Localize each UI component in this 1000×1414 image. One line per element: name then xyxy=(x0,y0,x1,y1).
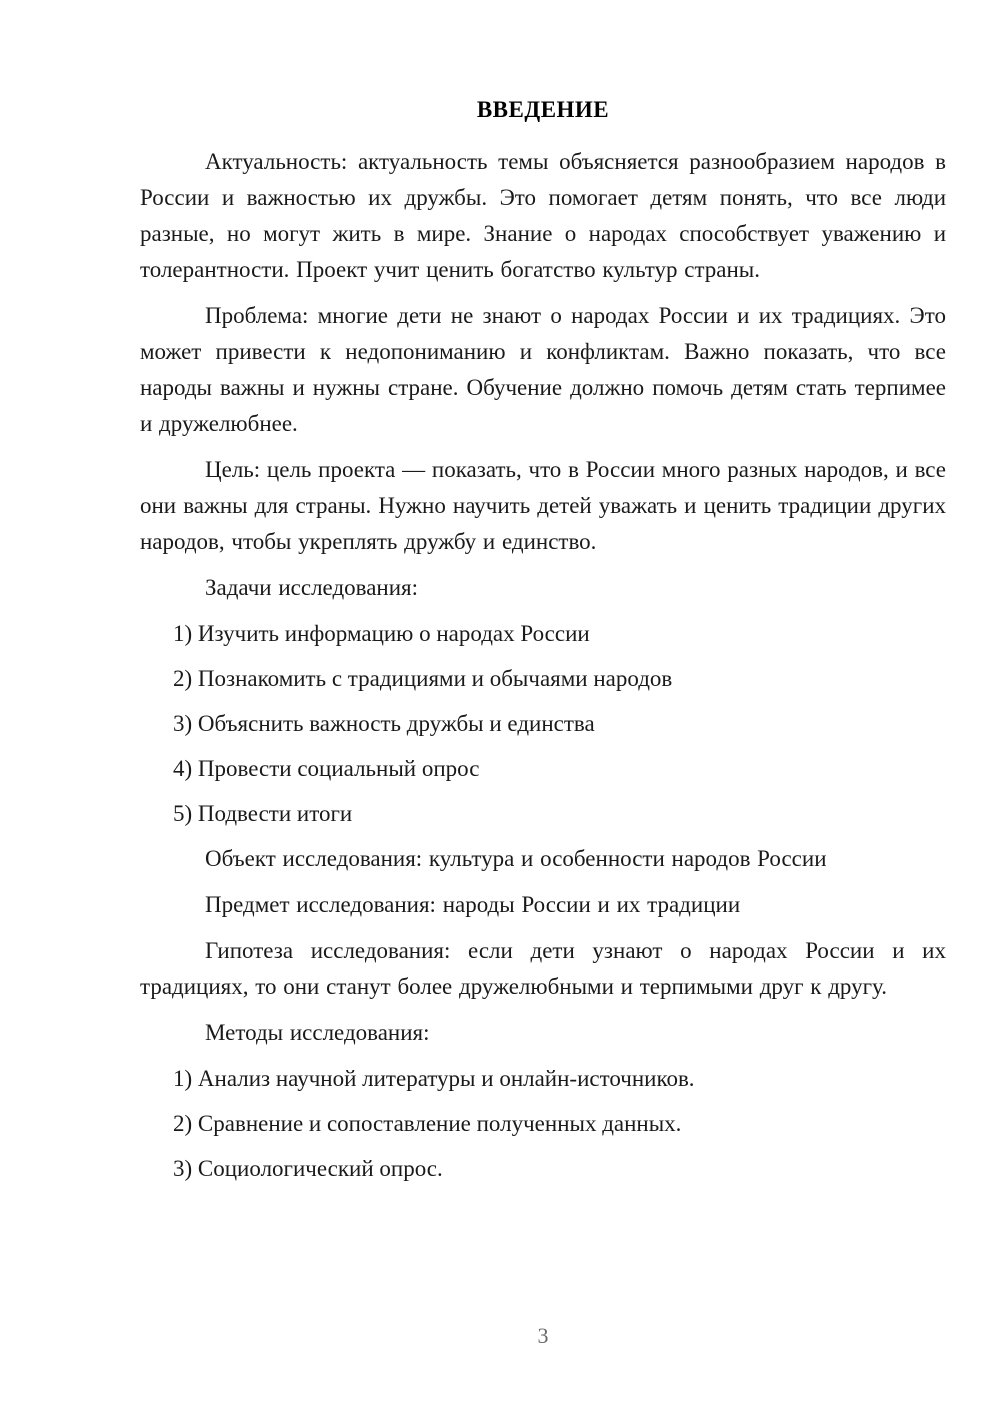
task-item-3: 3) Объяснить важность дружбы и единства xyxy=(140,706,946,742)
paragraph-subject: Предмет исследования: народы России и их… xyxy=(140,887,946,923)
task-item-5: 5) Подвести итоги xyxy=(140,796,946,832)
document-page: ВВЕДЕНИЕ Актуальность: актуальность темы… xyxy=(0,0,1000,1414)
section-title: ВВЕДЕНИЕ xyxy=(140,92,946,128)
document-content: ВВЕДЕНИЕ Актуальность: актуальность темы… xyxy=(140,92,946,1196)
page-number: 3 xyxy=(140,1322,946,1350)
task-item-4: 4) Провести социальный опрос xyxy=(140,751,946,787)
tasks-heading: Задачи исследования: xyxy=(140,570,946,606)
method-item-2: 2) Сравнение и сопоставление полученных … xyxy=(140,1106,946,1142)
task-item-2: 2) Познакомить с традициями и обычаями н… xyxy=(140,661,946,697)
paragraph-object: Объект исследования: культура и особенно… xyxy=(140,841,946,877)
method-item-1: 1) Анализ научной литературы и онлайн-ис… xyxy=(140,1061,946,1097)
methods-heading: Методы исследования: xyxy=(140,1015,946,1051)
paragraph-hypothesis: Гипотеза исследования: если дети узнают … xyxy=(140,933,946,1005)
task-item-1: 1) Изучить информацию о народах России xyxy=(140,616,946,652)
paragraph-goal: Цель: цель проекта — показать, что в Рос… xyxy=(140,452,946,560)
paragraph-relevance: Актуальность: актуальность темы объясняе… xyxy=(140,144,946,288)
paragraph-problem: Проблема: многие дети не знают о народах… xyxy=(140,298,946,442)
method-item-3: 3) Социологический опрос. xyxy=(140,1151,946,1187)
